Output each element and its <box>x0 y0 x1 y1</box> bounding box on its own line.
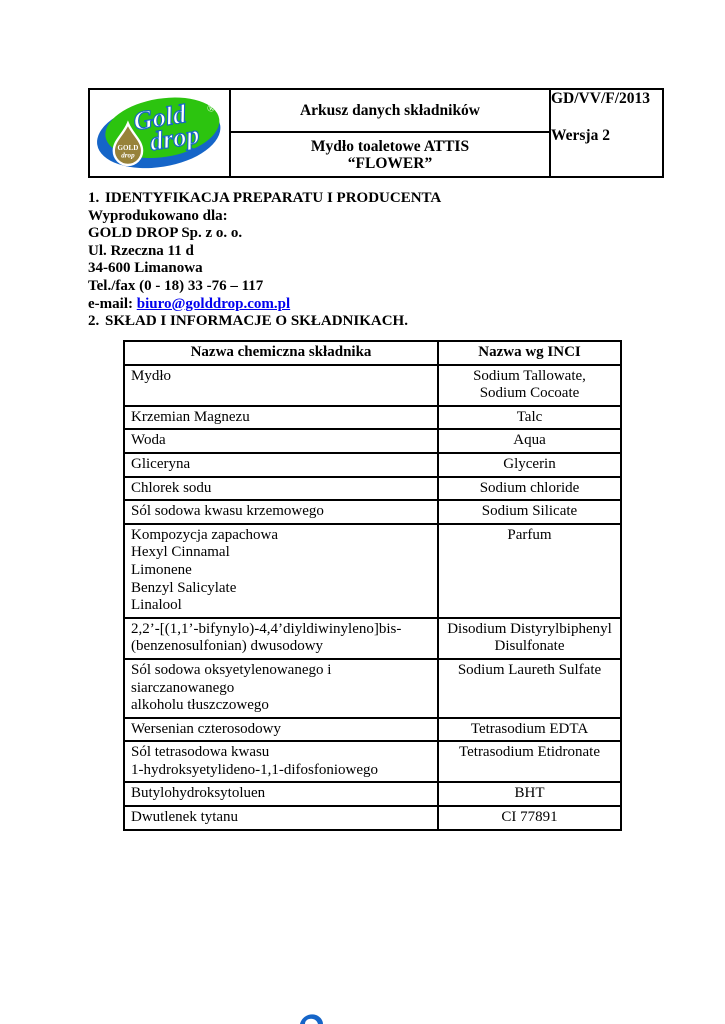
section1-title: IDENTYFIKACJA PREPARATU I PRODUCENTA <box>105 190 441 206</box>
chemical-name-cell: Butylohydroksytoluen <box>124 782 438 806</box>
table-row: WodaAqua <box>124 429 621 453</box>
inci-name-cell: BHT <box>438 782 621 806</box>
table-header-row: Nazwa chemiczna składnika Nazwa wg INCI <box>124 341 621 365</box>
inci-name-cell: Disodium DistyrylbiphenylDisulfonate <box>438 618 621 659</box>
product-name-line1: Mydło toaletowe ATTIS <box>231 138 549 155</box>
table-row: Kompozycja zapachowaHexyl CinnamalLimone… <box>124 524 621 618</box>
product-name-cell: Mydło toaletowe ATTIS “FLOWER” <box>230 132 550 177</box>
chemical-name-column-header: Nazwa chemiczna składnika <box>124 341 438 365</box>
logo-cell: Gold drop ® GOLD drop <box>89 89 230 177</box>
partial-next-page-graphic <box>298 1013 324 1024</box>
table-row: ButylohydroksytoluenBHT <box>124 782 621 806</box>
chemical-name-cell: 2,2’-[(1,1’-bifynylo)-4,4’diyldiwinyleno… <box>124 618 438 659</box>
chemical-name-cell: Chlorek sodu <box>124 477 438 501</box>
table-row: Chlorek soduSodium chloride <box>124 477 621 501</box>
doc-code: GD/VV/F/2013 <box>551 90 662 108</box>
inci-name-column-header: Nazwa wg INCI <box>438 341 621 365</box>
email-label: e-mail: <box>88 296 137 312</box>
identification-section: 1.IDENTYFIKACJA PREPARATU I PRODUCENTA W… <box>88 190 441 331</box>
email-link[interactable]: biuro@golddrop.com.pl <box>137 296 290 312</box>
email-line: e-mail: biuro@golddrop.com.pl <box>88 296 441 314</box>
table-row: Krzemian MagnezuTalc <box>124 406 621 430</box>
product-name-line2: “FLOWER” <box>231 155 549 172</box>
section1-heading: 1.IDENTYFIKACJA PREPARATU I PRODUCENTA <box>88 190 441 208</box>
ingredients-table: Nazwa chemiczna składnika Nazwa wg INCI … <box>123 340 622 831</box>
producer-line: GOLD DROP Sp. z o. o. <box>88 225 441 243</box>
chemical-name-cell: Dwutlenek tytanu <box>124 806 438 830</box>
table-row: Sól sodowa kwasu krzemowegoSodium Silica… <box>124 500 621 524</box>
inci-name-cell: CI 77891 <box>438 806 621 830</box>
svg-text:®: ® <box>206 102 216 114</box>
section1-number: 1. <box>88 190 105 208</box>
chemical-name-cell: Woda <box>124 429 438 453</box>
chemical-name-cell: Wersenian czterosodowy <box>124 718 438 742</box>
chemical-name-cell: Krzemian Magnezu <box>124 406 438 430</box>
chemical-name-cell: Sól tetrasodowa kwasu1-hydroksyetylideno… <box>124 741 438 782</box>
table-row: Wersenian czterosodowyTetrasodium EDTA <box>124 718 621 742</box>
producer-line: 34-600 Limanowa <box>88 260 441 278</box>
chemical-name-cell: Sól sodowa oksyetylenowanego i siarczano… <box>124 659 438 718</box>
gold-drop-logo-icon: Gold drop ® GOLD drop <box>94 91 226 171</box>
table-row: Sól tetrasodowa kwasu1-hydroksyetylideno… <box>124 741 621 782</box>
inci-name-cell: Aqua <box>438 429 621 453</box>
producer-line: Tel./fax (0 - 18) 33 -76 – 117 <box>88 278 441 296</box>
table-row: Sól sodowa oksyetylenowanego i siarczano… <box>124 659 621 718</box>
inci-name-cell: Parfum <box>438 524 621 618</box>
inci-name-cell: Sodium Laureth Sulfate <box>438 659 621 718</box>
section2-heading: 2.SKŁAD I INFORMACJE O SKŁADNIKACH. <box>88 313 441 331</box>
chemical-name-cell: Gliceryna <box>124 453 438 477</box>
table-row: 2,2’-[(1,1’-bifynylo)-4,4’diyldiwinyleno… <box>124 618 621 659</box>
inci-name-cell: Glycerin <box>438 453 621 477</box>
svg-text:drop: drop <box>121 151 135 159</box>
chemical-name-cell: Sól sodowa kwasu krzemowego <box>124 500 438 524</box>
table-row: MydłoSodium Tallowate,Sodium Cocoate <box>124 365 621 406</box>
section2-number: 2. <box>88 313 105 331</box>
doc-code-cell: GD/VV/F/2013 Wersja 2 <box>550 89 663 177</box>
producer-line: Wyprodukowano dla: <box>88 208 441 226</box>
section2-title: SKŁAD I INFORMACJE O SKŁADNIKACH. <box>105 313 408 329</box>
inci-name-cell: Sodium chloride <box>438 477 621 501</box>
chemical-name-cell: Kompozycja zapachowaHexyl CinnamalLimone… <box>124 524 438 618</box>
doc-title: Arkusz danych składników <box>300 102 480 119</box>
inci-name-cell: Tetrasodium EDTA <box>438 718 621 742</box>
chemical-name-cell: Mydło <box>124 365 438 406</box>
document-page: Gold drop ® GOLD drop Arkusz danych skła… <box>0 0 725 1024</box>
inci-name-cell: Sodium Tallowate,Sodium Cocoate <box>438 365 621 406</box>
table-row: Dwutlenek tytanuCI 77891 <box>124 806 621 830</box>
doc-title-cell: Arkusz danych składników <box>230 89 550 132</box>
inci-name-cell: Tetrasodium Etidronate <box>438 741 621 782</box>
table-row: GlicerynaGlycerin <box>124 453 621 477</box>
inci-name-cell: Talc <box>438 406 621 430</box>
producer-line: Ul. Rzeczna 11 d <box>88 243 441 261</box>
inci-name-cell: Sodium Silicate <box>438 500 621 524</box>
doc-version: Wersja 2 <box>551 127 662 145</box>
document-header-table: Gold drop ® GOLD drop Arkusz danych skła… <box>88 88 664 178</box>
